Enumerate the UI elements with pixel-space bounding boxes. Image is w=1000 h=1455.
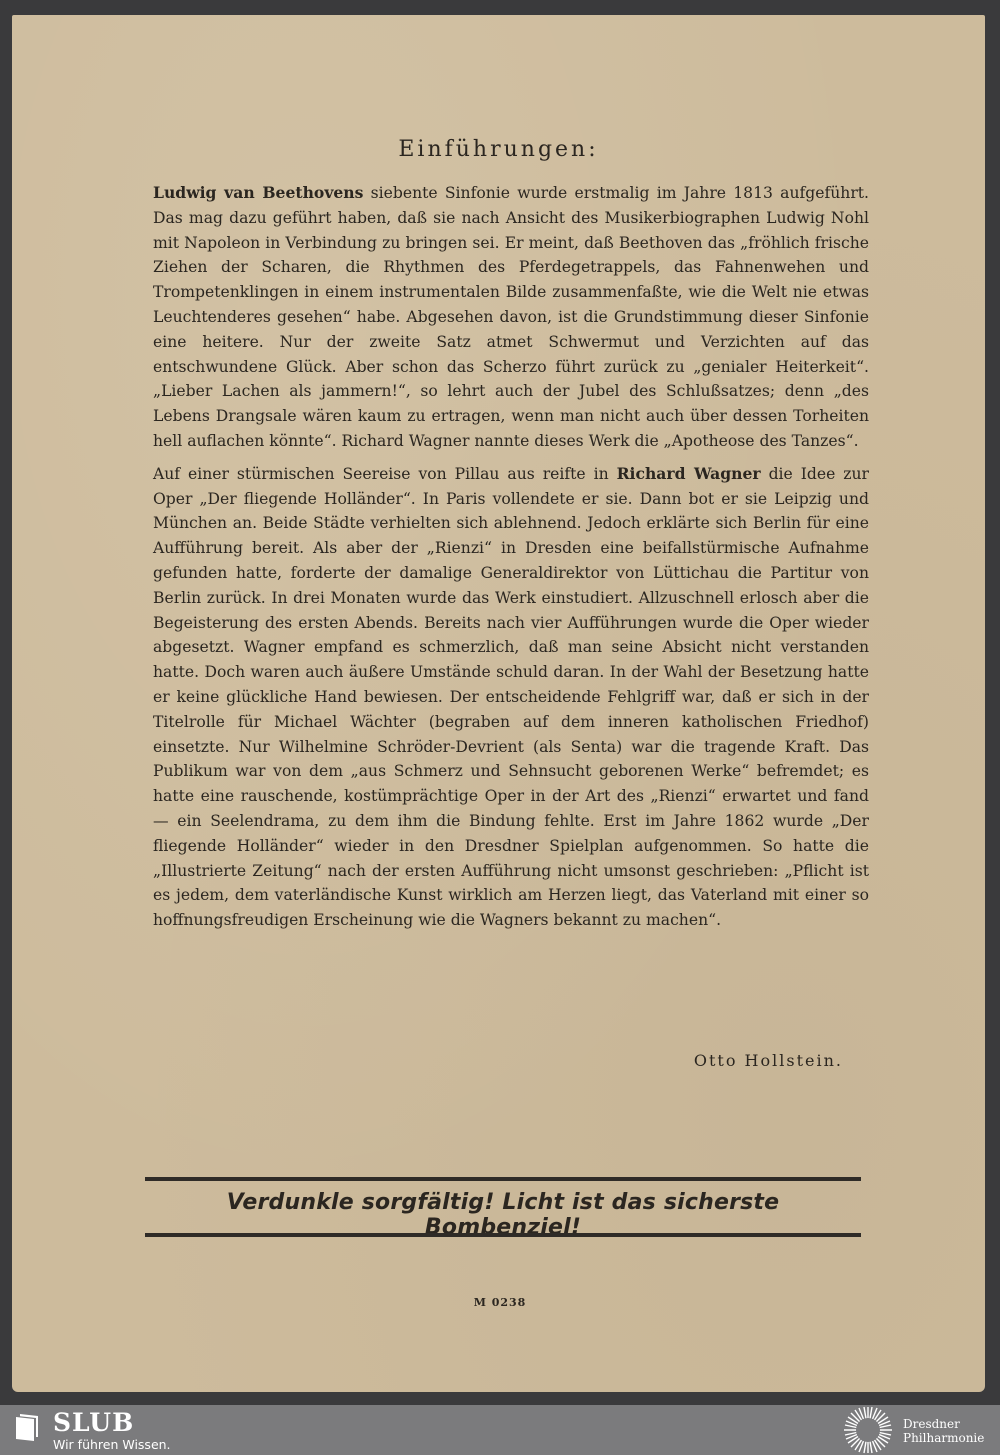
paragraph-text-before: Auf einer stürmischen Seereise von Pilla…	[153, 465, 617, 483]
paragraph-wagner: Auf einer stürmischen Seereise von Pilla…	[153, 462, 869, 933]
philharmonie-logo-text[interactable]: Dresdner Philharmonie	[903, 1417, 984, 1445]
slub-logo-text[interactable]: SLUB	[53, 1408, 134, 1437]
bold-lead-beethoven: Ludwig van Beethovens	[153, 183, 363, 202]
footer-bar: SLUB Wir führen Wissen.	[0, 1405, 1000, 1455]
philharmonie-line2: Philharmonie	[903, 1431, 984, 1445]
paragraph-text-after: die Idee zur Oper „Der fliegende Holländ…	[153, 465, 869, 929]
paragraph-beethoven: Ludwig van Beethovens siebente Sinfonie …	[153, 181, 869, 454]
document-id: M 0238	[0, 1296, 1000, 1309]
divider-top	[145, 1177, 861, 1181]
philharmonie-line1: Dresdner	[903, 1417, 984, 1431]
paragraph-text: siebente Sinfonie wurde erstmalig im Jah…	[153, 184, 869, 450]
book-icon	[14, 1413, 42, 1443]
bold-name-wagner: Richard Wagner	[617, 464, 761, 483]
author-signature: Otto Hollstein.	[694, 1051, 843, 1070]
document-body: Ludwig van Beethovens siebente Sinfonie …	[153, 181, 869, 941]
document-page: Einführungen: Ludwig van Beethovens sieb…	[12, 15, 985, 1392]
slub-tagline: Wir führen Wissen.	[53, 1437, 171, 1452]
page-heading: Einführungen:	[12, 137, 985, 162]
sunburst-icon[interactable]	[842, 1405, 894, 1455]
divider-bottom	[145, 1233, 861, 1237]
